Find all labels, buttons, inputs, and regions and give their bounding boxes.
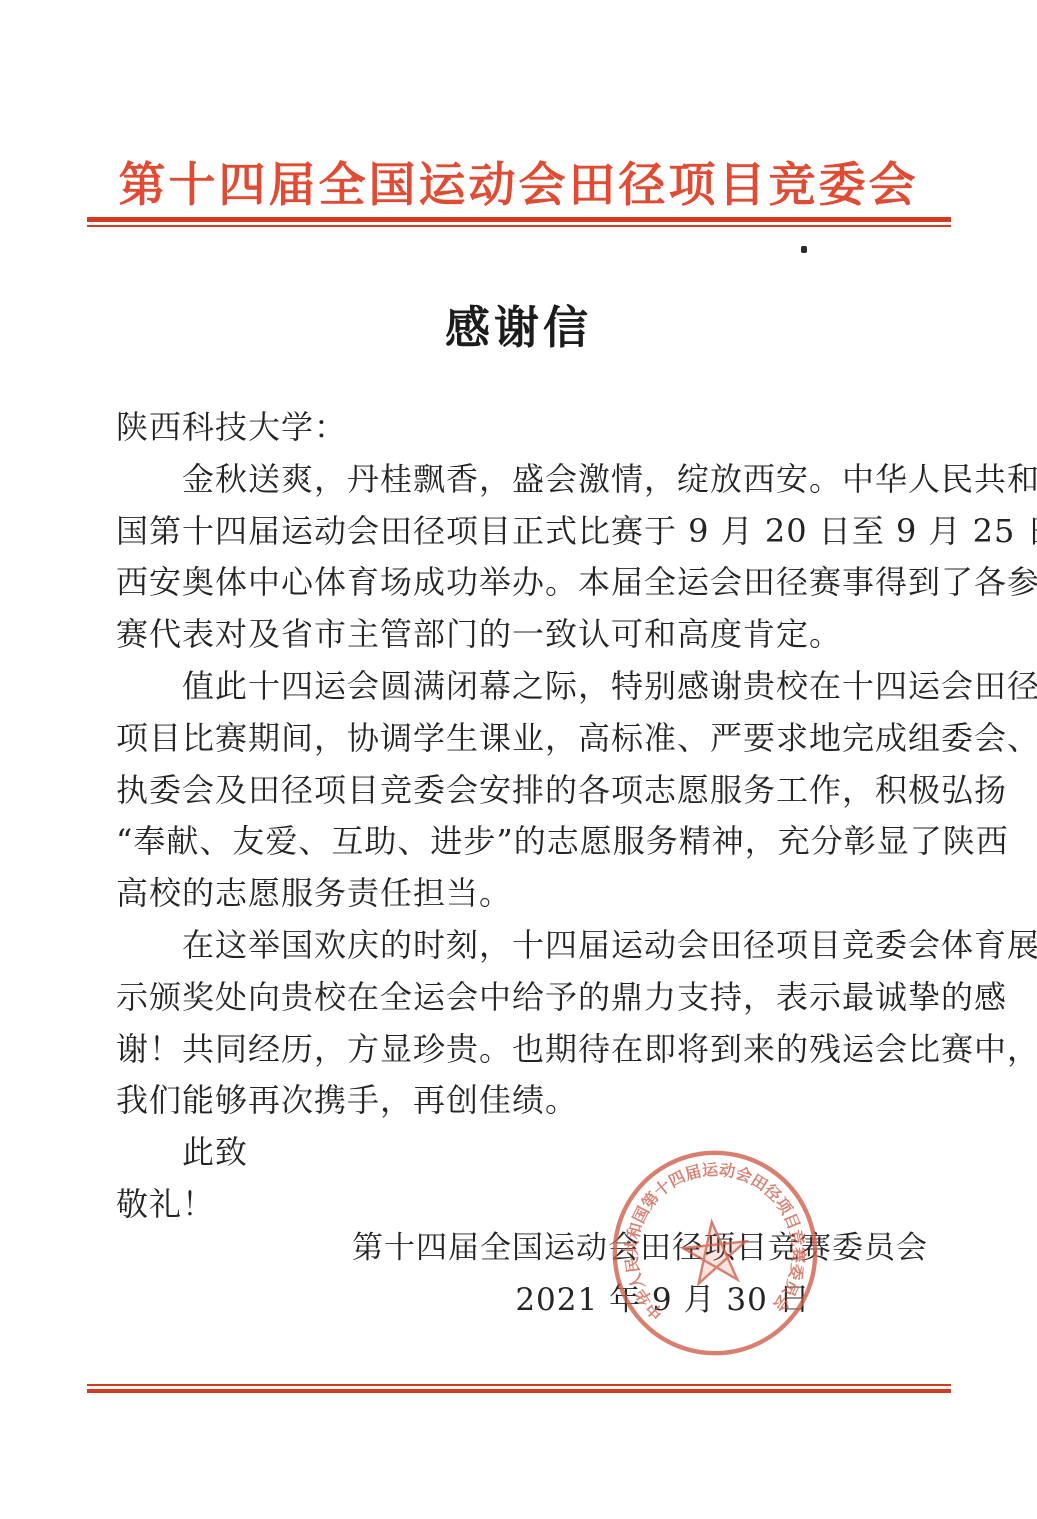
body-line: 金秋送爽，丹桂飘香，盛会激情，绽放西安。中华人民共和	[116, 454, 928, 506]
header-rule	[87, 217, 951, 227]
body-line: 赛代表对及省市主管部门的一致认可和高度肯定。	[116, 609, 928, 661]
letter-body: 陕西科技大学： 金秋送爽，丹桂飘香，盛会激情，绽放西安。中华人民共和 国第十四届…	[116, 402, 928, 1231]
signature-block: 第十四届全国运动会田径项目竞赛委员会 2021 年 9 月 30 日	[116, 1222, 928, 1326]
body-line: 在这举国欢庆的时刻，十四届运动会田径项目竞委会体育展	[116, 920, 928, 972]
document-title: 感谢信	[0, 291, 1037, 356]
body-line: 我们能够再次携手，再创佳绩。	[116, 1075, 928, 1127]
body-line: 谢！共同经历，方显珍贵。也期待在即将到来的残运会比赛中，	[116, 1024, 928, 1076]
body-line: “奉献、友爱、互助、进步”的志愿服务精神，充分彰显了陕西	[116, 816, 928, 868]
body-line: 项目比赛期间，协调学生课业，高标准、严要求地完成组委会、	[116, 713, 928, 765]
body-line: 国第十四届运动会田径项目正式比赛于 9 月 20 日至 9 月 25 日在	[116, 506, 928, 558]
body-line: 西安奥体中心体育场成功举办。本届全运会田径赛事得到了各参	[116, 557, 928, 609]
body-line: 值此十四运会圆满闭幕之际，特别感谢贵校在十四运会田径	[116, 661, 928, 713]
body-line: 执委会及田径项目竞委会安排的各项志愿服务工作，积极弘扬	[116, 765, 928, 817]
body-line: 示颁奖处向贵校在全运会中给予的鼎力支持，表示最诚挚的感	[116, 972, 928, 1024]
salutation: 陕西科技大学：	[116, 402, 928, 454]
footer-rule	[87, 1384, 951, 1393]
scan-dot-artifact	[801, 246, 807, 253]
body-line: 高校的志愿服务责任担当。	[116, 868, 928, 920]
closing-cizhi: 此致	[116, 1127, 928, 1179]
signature-date: 2021 年 9 月 30 日	[398, 1274, 928, 1326]
letter-page: 第十四届全国运动会田径项目竞委会 感谢信 陕西科技大学： 金秋送爽，丹桂飘香，盛…	[0, 0, 1037, 1519]
letterhead-title: 第十四届全国运动会田径项目竞委会	[0, 148, 1037, 215]
signature-name: 第十四届全国运动会田径项目竞赛委员会	[116, 1222, 928, 1274]
